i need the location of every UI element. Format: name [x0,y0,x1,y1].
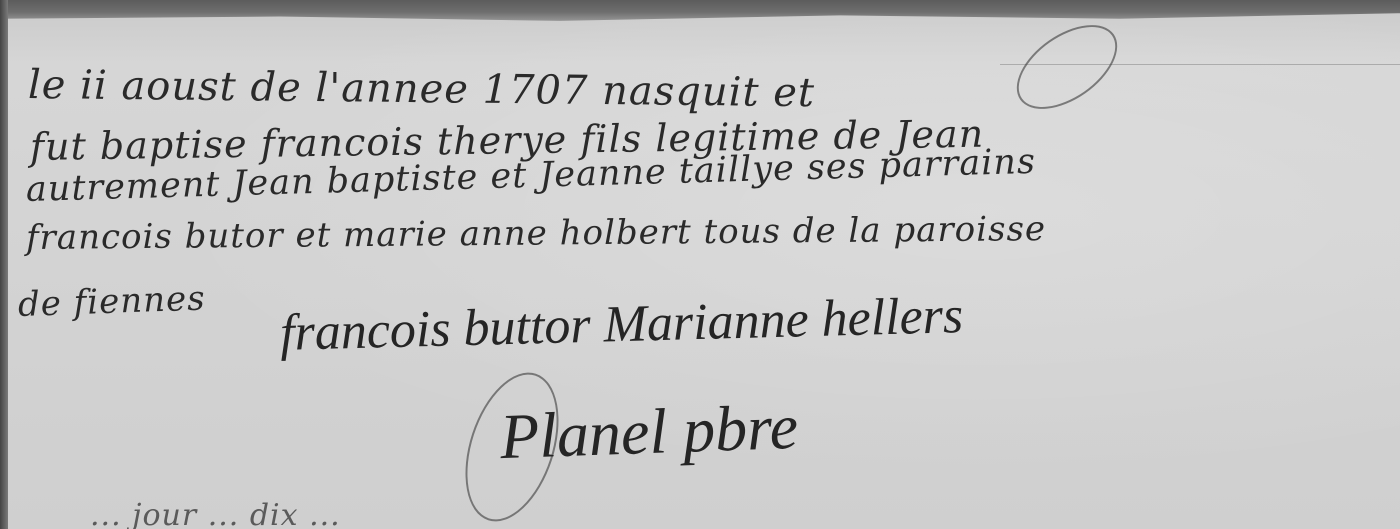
paper-top-edge [0,0,1400,22]
entry-line-5: de fiennes [17,278,206,325]
manuscript-page: le ii aoust de l'annee 1707 nasquit et f… [0,0,1400,529]
entry-line-4: francois butor et marie anne holbert tou… [26,209,1046,258]
priest-signature: Planel pbre [499,390,799,474]
godparent-signatures: francois buttor Marianne hellers [279,286,963,363]
entry-line-1: le ii aoust de l'annee 1707 nasquit et [28,62,815,116]
paper-left-edge [0,0,8,529]
strikethrough-flourish-icon [1002,8,1132,126]
next-entry-fragment: ... jour ... dix ... [90,498,341,529]
